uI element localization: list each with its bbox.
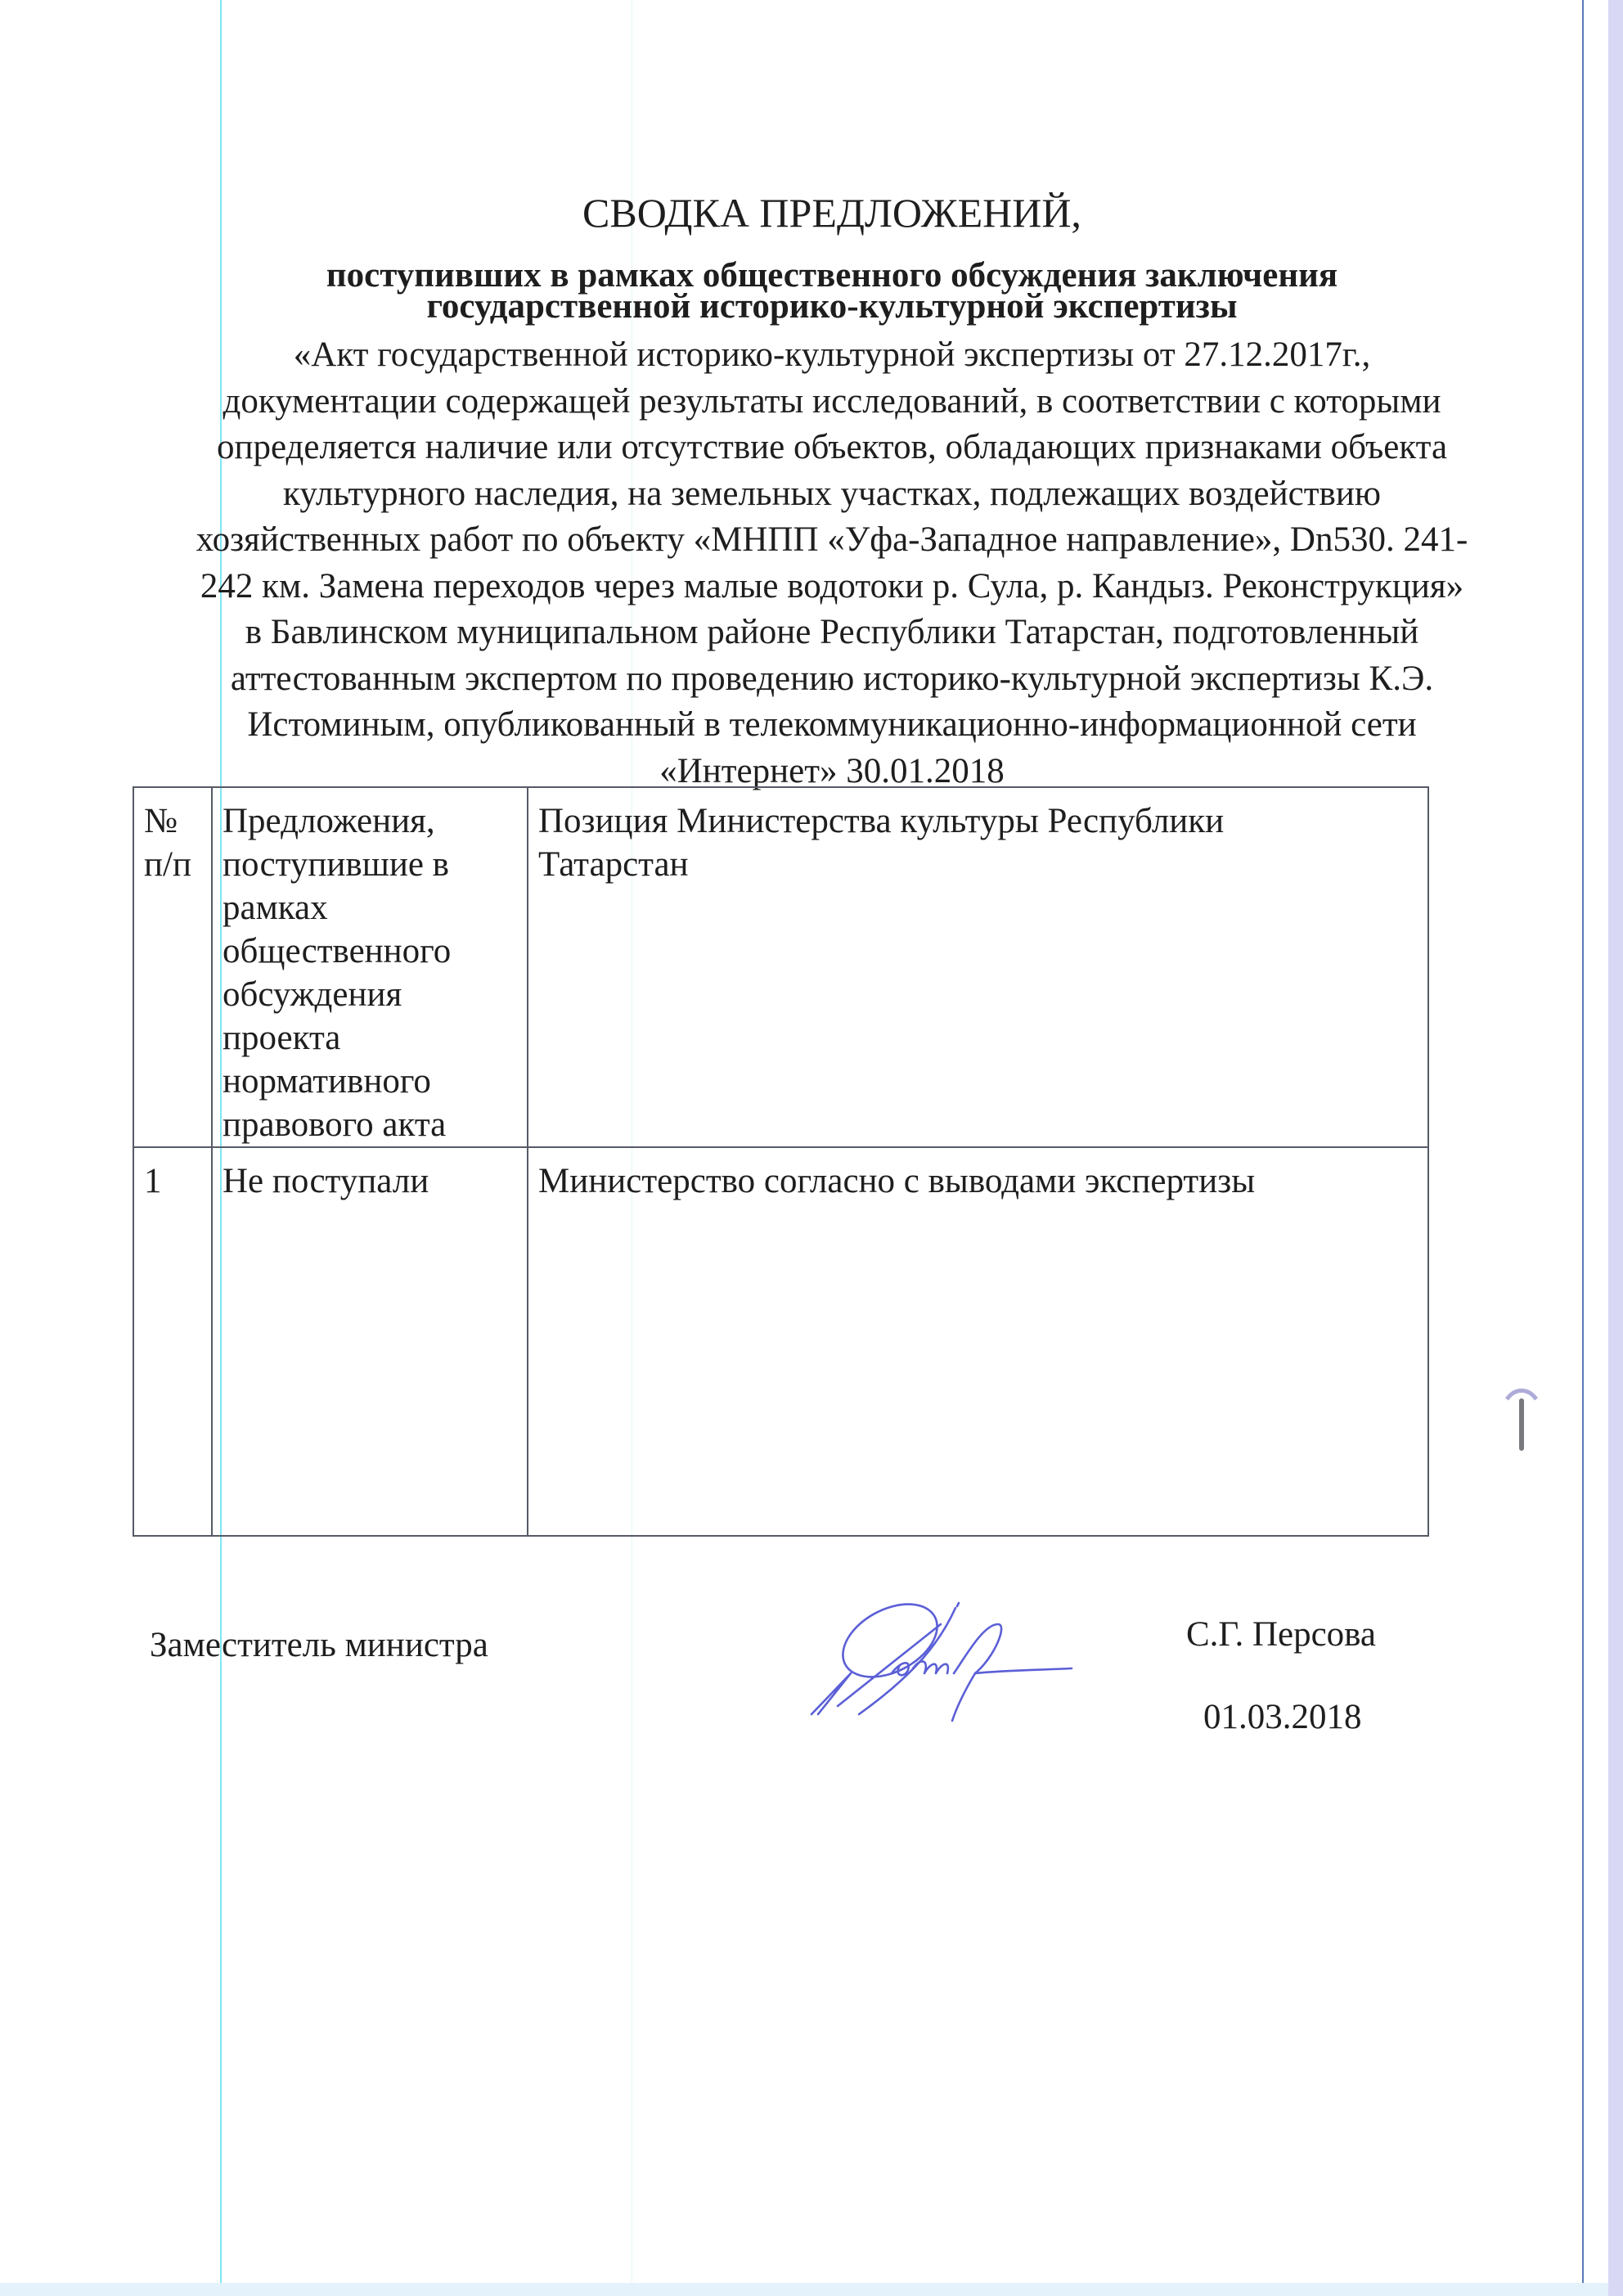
description-line: хозяйственных работ по объекту «МНПП «Уф… bbox=[131, 517, 1533, 564]
description-line: «Акт государственной историко-культурной… bbox=[131, 332, 1533, 379]
cell-ministry-position: Министерство согласно с выводами эксперт… bbox=[528, 1147, 1428, 1536]
header-proposals-line: обсуждения bbox=[223, 973, 520, 1016]
header-proposals-line: правового акта bbox=[223, 1103, 520, 1146]
description-line: Истоминым, опубликованный в телекоммуник… bbox=[131, 702, 1533, 749]
header-proposals-line: поступившие в bbox=[223, 843, 520, 886]
description-line: в Бавлинском муниципальном районе Респуб… bbox=[131, 610, 1533, 656]
header-proposals-line: Предложения, bbox=[223, 799, 520, 843]
document-title: СВОДКА ПРЕДЛОЖЕНИЙ, bbox=[0, 190, 1623, 236]
header-ministry-position: Позиция Министерства культуры Республики… bbox=[528, 787, 1428, 1147]
description-line: документации содержащей результаты иссле… bbox=[131, 379, 1533, 425]
table-header-row: № п/п Предложения, поступившие в рамках … bbox=[133, 787, 1428, 1147]
signer-role: Заместитель министра bbox=[150, 1623, 488, 1668]
header-number-line: № bbox=[144, 799, 205, 843]
scan-edge-band-bottom bbox=[0, 2283, 1608, 2296]
proposals-table: № п/п Предложения, поступившие в рамках … bbox=[133, 786, 1429, 1537]
header-proposals-line: рамках bbox=[223, 886, 520, 930]
description-line: 242 км. Замена переходов через малые вод… bbox=[131, 564, 1533, 610]
header-proposals-line: нормативного bbox=[223, 1060, 520, 1103]
header-proposals: Предложения, поступившие в рамках общест… bbox=[212, 787, 528, 1147]
document-description: «Акт государственной историко-культурной… bbox=[131, 332, 1533, 795]
signer-name: С.Г. Персова bbox=[1186, 1612, 1376, 1658]
table-row: 1 Не поступали Министерство согласно с в… bbox=[133, 1147, 1428, 1536]
header-number-line: п/п bbox=[144, 843, 205, 886]
signature-date: 01.03.2018 bbox=[1203, 1695, 1362, 1740]
handwritten-signature-icon bbox=[802, 1591, 1080, 1722]
header-proposals-line: проекта bbox=[223, 1016, 520, 1060]
header-number: № п/п bbox=[133, 787, 212, 1147]
ink-mark-icon bbox=[1504, 1383, 1540, 1465]
description-line: культурного наследия, на земельных участ… bbox=[131, 471, 1533, 518]
scan-edge-line bbox=[1582, 0, 1584, 2296]
cell-proposal: Не поступали bbox=[212, 1147, 528, 1536]
header-position-line: Позиция Министерства культуры Республики bbox=[538, 799, 1421, 843]
description-line: аттестованным экспертом по проведению ис… bbox=[131, 656, 1533, 703]
scan-edge-band-right bbox=[1608, 0, 1623, 2296]
subtitle-line: государственной историко-культурной эксп… bbox=[0, 291, 1623, 322]
document-subtitle: поступивших в рамках общественного обсуж… bbox=[0, 260, 1623, 322]
header-proposals-line: общественного bbox=[223, 930, 520, 973]
description-line: определяется наличие или отсутствие объе… bbox=[131, 425, 1533, 471]
header-position-line: Татарстан bbox=[538, 843, 1421, 886]
cell-number: 1 bbox=[133, 1147, 212, 1536]
